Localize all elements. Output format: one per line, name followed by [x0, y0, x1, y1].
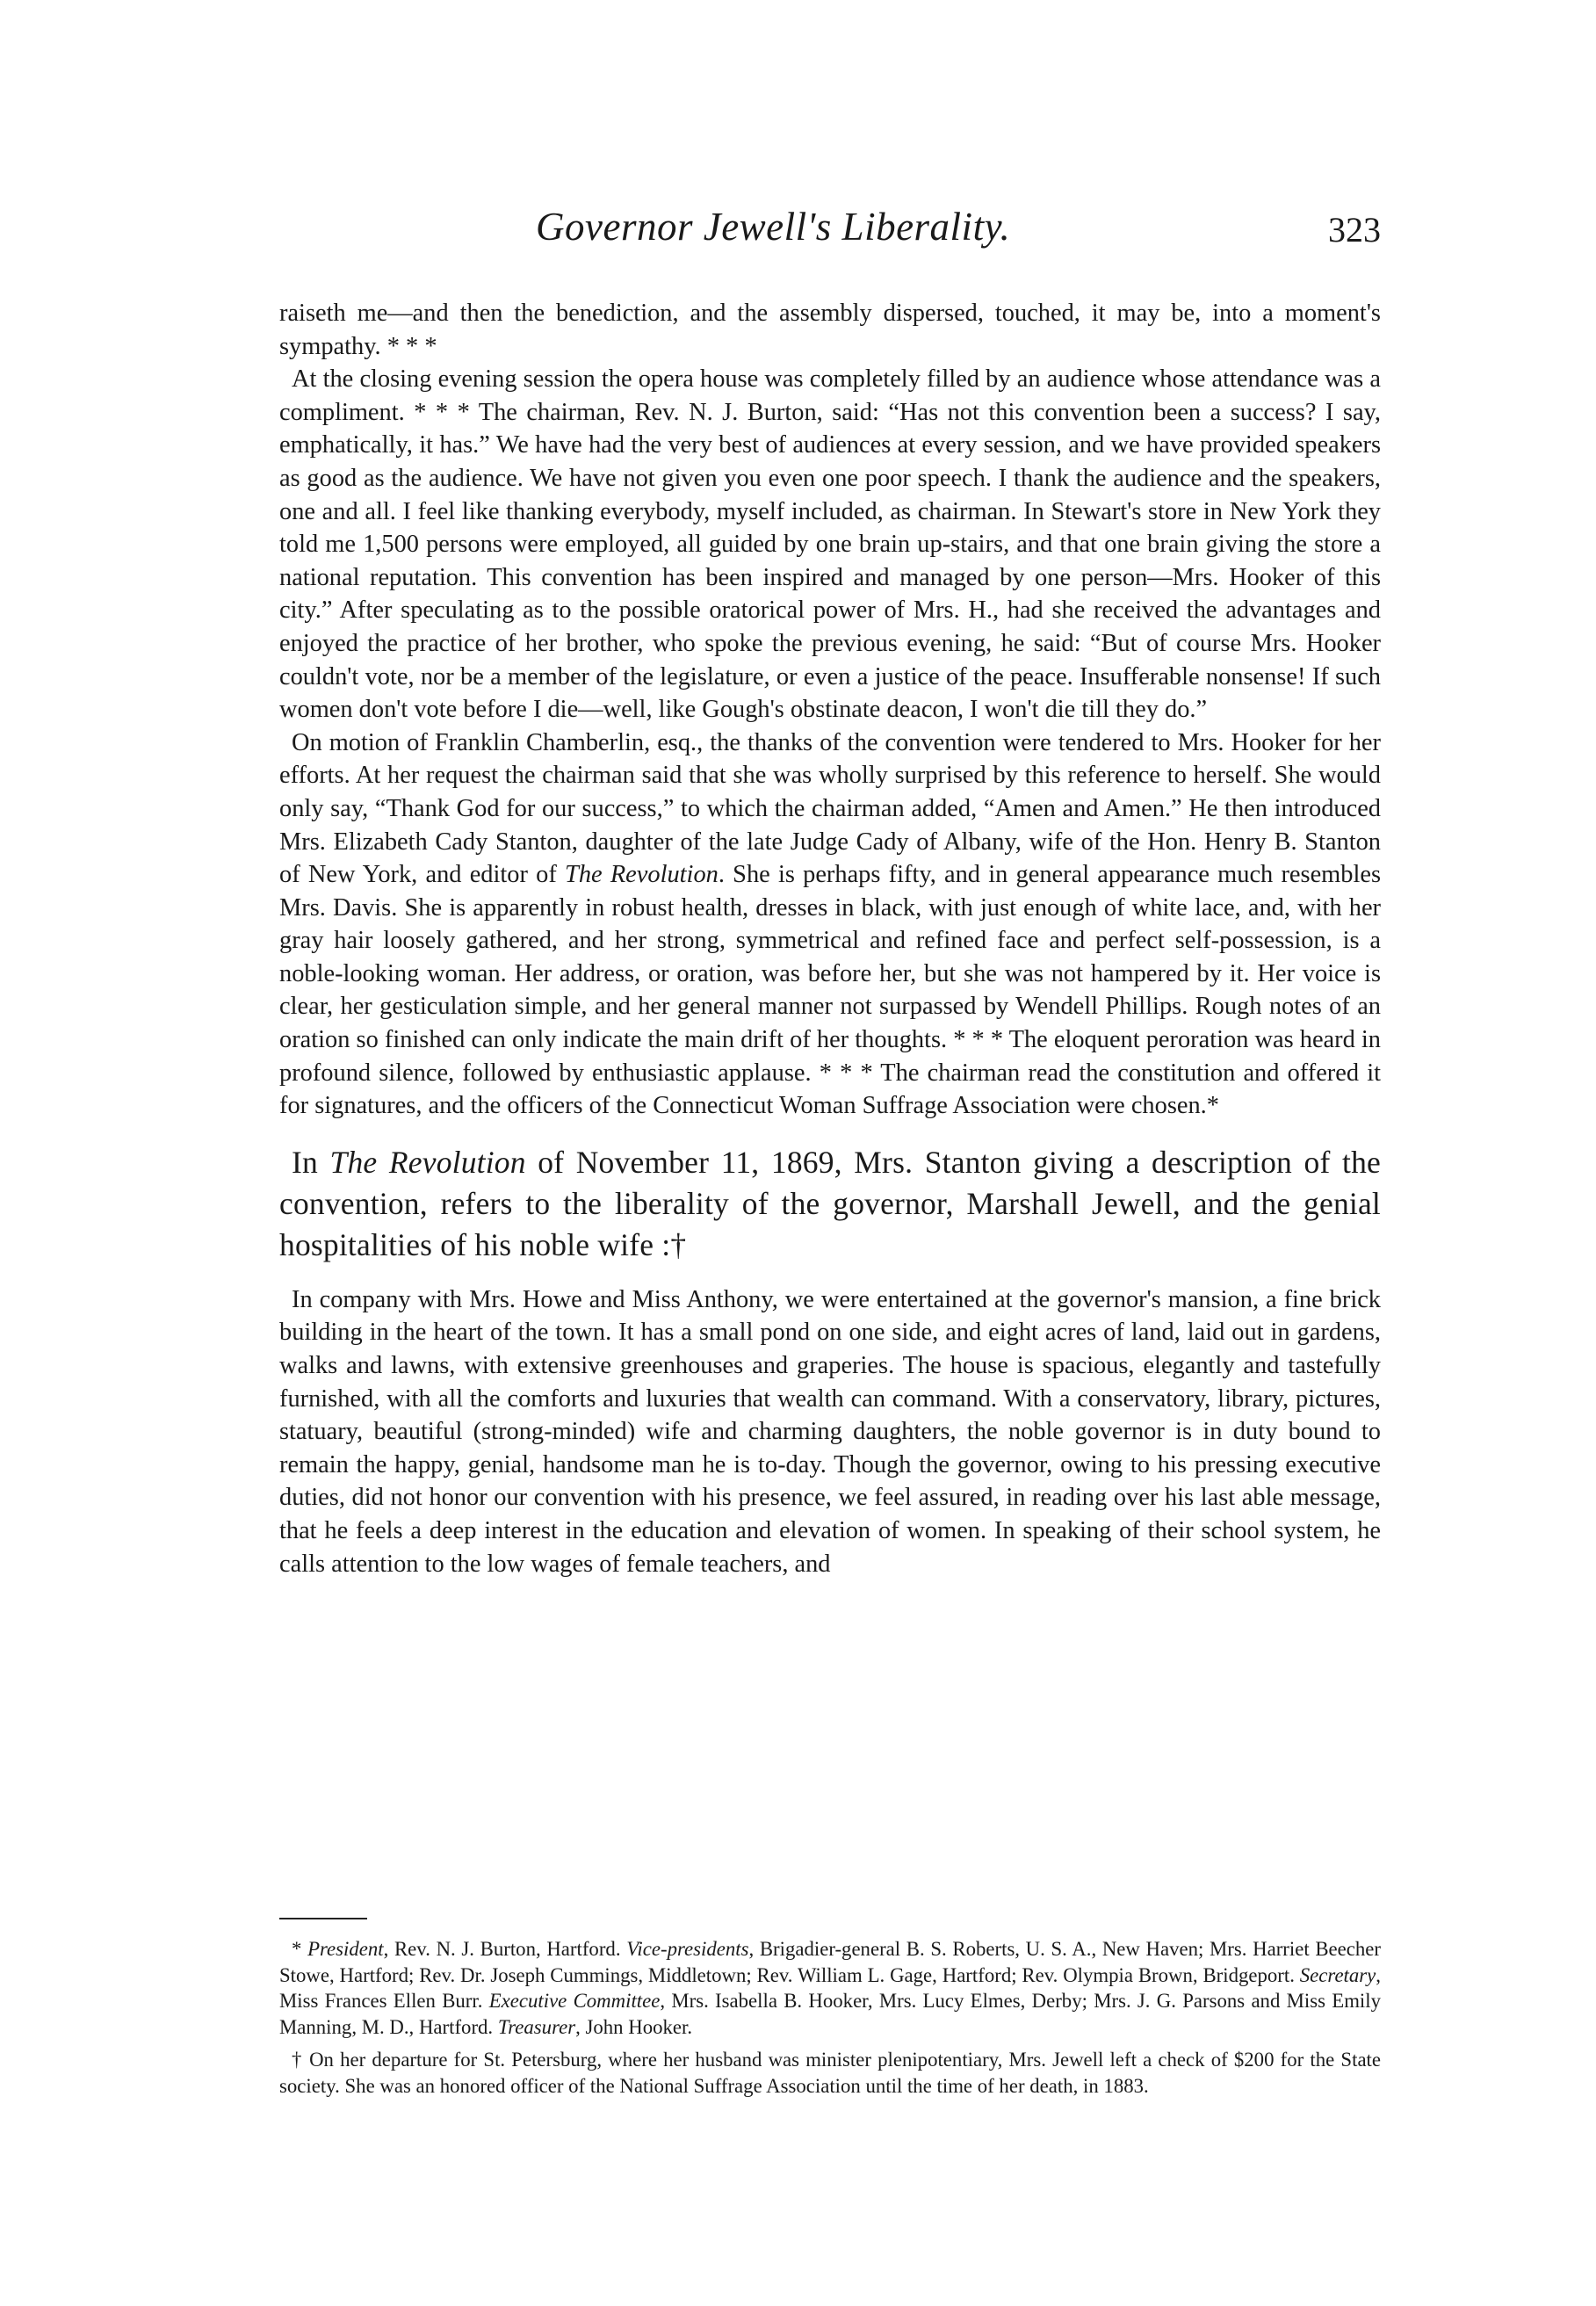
running-head: Governor Jewell's Liberality. 323 [279, 204, 1381, 257]
footnotes: * President, Rev. N. J. Burton, Hartford… [279, 1936, 1381, 2099]
footnote-marker: * [292, 1938, 301, 1960]
periodical-title: The Revolution [330, 1145, 526, 1180]
paragraph-text: . She is perhaps fifty, and in general a… [279, 861, 1381, 1119]
periodical-title: The Revolution [565, 861, 719, 888]
office-label: Treasurer [498, 2016, 575, 2038]
paragraph-closing-session: At the closing evening session the opera… [279, 363, 1381, 726]
footnote-marker: † [292, 2049, 303, 2071]
running-title: Governor Jewell's Liberality. [536, 204, 1010, 249]
footnote-text: On her departure for St. Petersburg, whe… [279, 2049, 1381, 2097]
paragraph-chamberlin-motion: On motion of Franklin Chamberlin, esq., … [279, 726, 1381, 1123]
intro-paragraph: In The Revolution of November 11, 1869, … [279, 1142, 1381, 1266]
footnote-text: , Rev. N. J. Burton, Hartford. [384, 1938, 627, 1960]
body-text: raiseth me—and then the benediction, and… [279, 297, 1381, 1580]
office-label: Executive Committee [489, 1990, 661, 2012]
page-number: 323 [1328, 209, 1381, 250]
office-label: Secretary [1300, 1964, 1376, 1986]
office-label: Vice-presidents [626, 1938, 748, 1960]
footnote-officers: * President, Rev. N. J. Burton, Hartford… [279, 1936, 1381, 2040]
office-label: President [307, 1938, 384, 1960]
intro-text: In [292, 1145, 330, 1180]
quoted-extract: In company with Mrs. Howe and Miss Antho… [279, 1283, 1381, 1580]
footnote-divider [279, 1918, 367, 1919]
paragraph-continuation: raiseth me—and then the benediction, and… [279, 297, 1381, 363]
footnote-text: , John Hooker. [575, 2016, 692, 2038]
footnote-mrs-jewell: † On her departure for St. Petersburg, w… [279, 2047, 1381, 2099]
